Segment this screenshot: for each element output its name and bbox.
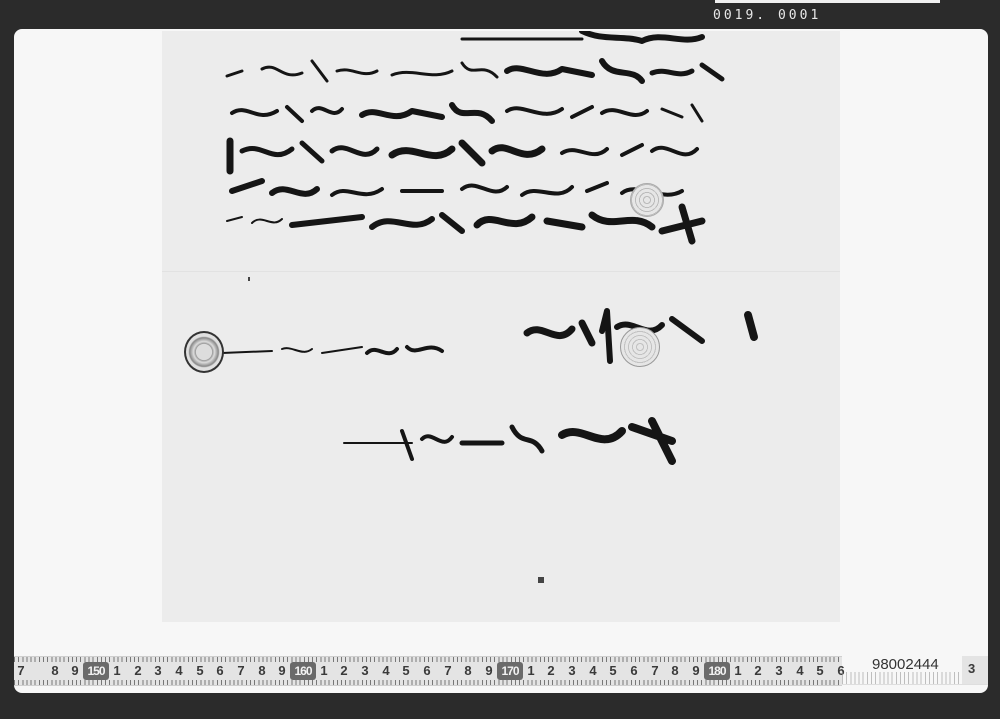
ruler-label: 3: [355, 662, 375, 680]
ruler-end-segment: 3: [962, 656, 988, 684]
text-line-0: [462, 31, 702, 41]
ruler-label: 2: [748, 662, 768, 680]
ruler-label-major: 150: [83, 662, 109, 680]
ruler-label: 7: [645, 662, 665, 680]
ruler-label: 5: [396, 662, 416, 680]
ruler-label: 3: [562, 662, 582, 680]
ruler-label: 7: [438, 662, 458, 680]
ruler-label: 8: [665, 662, 685, 680]
ruler-label: 1: [107, 662, 127, 680]
ruler-label: 6: [417, 662, 437, 680]
ruler-label: 3: [148, 662, 168, 680]
ruler-label: 9: [479, 662, 499, 680]
ruler-label: 1: [728, 662, 748, 680]
ruler-label: 8: [45, 662, 65, 680]
frame-number: 0019. 0001: [713, 8, 821, 23]
dust-spot: [248, 277, 250, 281]
ruler-label: 9: [686, 662, 706, 680]
ruler-ticks-bottom: [14, 680, 842, 685]
ruler-label: 9: [272, 662, 292, 680]
seal-left-icon: [184, 331, 224, 373]
ruler-label: 7: [11, 662, 31, 680]
ruler-label-major: 180: [704, 662, 730, 680]
ruler-label: 2: [128, 662, 148, 680]
text-line-2: [232, 105, 702, 121]
ruler-label: 5: [810, 662, 830, 680]
manuscript-page: [162, 31, 840, 622]
heading-line: [527, 311, 702, 361]
ruler-label: 4: [376, 662, 396, 680]
measurement-ruler: 7 8 9 150 1 2 3 4 5 6 7 8 9 160 1 2 3 4 …: [14, 656, 842, 686]
seal-middle-icon: [620, 327, 660, 367]
dust-spot: [538, 577, 544, 583]
ruler-end-label: 3: [968, 661, 975, 676]
text-line-1: [227, 61, 722, 81]
ruler-label: 9: [65, 662, 85, 680]
ruler-label-major: 170: [497, 662, 523, 680]
ruler-labels: 7 8 9 150 1 2 3 4 5 6 7 8 9 160 1 2 3 4 …: [14, 662, 842, 680]
ruler-label: 4: [790, 662, 810, 680]
ruler-label: 4: [169, 662, 189, 680]
archive-id-label: 98002444: [872, 656, 939, 673]
film-top-strip: [715, 0, 940, 3]
item-marker: [748, 315, 754, 337]
ruler-label: 2: [334, 662, 354, 680]
addressee-line: [344, 421, 672, 461]
calligraphy-text: [162, 31, 840, 622]
ruler-label: 1: [521, 662, 541, 680]
signature-line: [222, 347, 442, 353]
ruler-label: 1: [314, 662, 334, 680]
text-line-4: [232, 181, 682, 195]
ruler-label: 6: [210, 662, 230, 680]
seal-top-icon: [630, 183, 664, 217]
ruler-label: 5: [190, 662, 210, 680]
text-line-5: [227, 207, 702, 241]
ruler-label: 4: [583, 662, 603, 680]
ruler-label: 6: [624, 662, 644, 680]
ruler-label: 5: [603, 662, 623, 680]
ruler-label: 8: [458, 662, 478, 680]
ruler-label-major: 160: [290, 662, 316, 680]
ruler-label: 3: [769, 662, 789, 680]
ruler-label: 2: [541, 662, 561, 680]
ruler-label: 8: [252, 662, 272, 680]
text-line-3: [230, 141, 697, 171]
ruler-label: 7: [231, 662, 251, 680]
